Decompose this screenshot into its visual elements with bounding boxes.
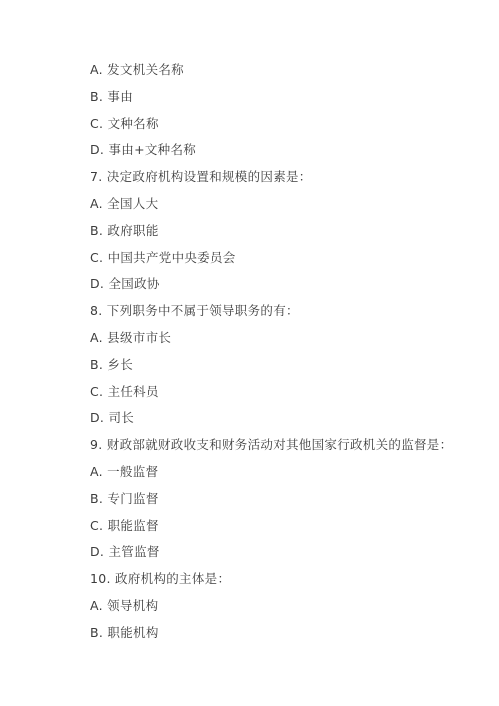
option-text: D. 主管监督 bbox=[90, 539, 479, 566]
question-text: 8. 下列职务中不属于领导职务的有： bbox=[90, 298, 479, 325]
question-text: 7. 决定政府机构设置和规模的因素是： bbox=[90, 164, 479, 191]
option-text: B. 职能机构 bbox=[90, 620, 479, 647]
document-page: A. 发文机关名称B. 事由C. 文种名称D. 事由+文种名称7. 决定政府机构… bbox=[0, 0, 499, 706]
option-text: B. 专门监督 bbox=[90, 486, 479, 513]
option-text: D. 全国政协 bbox=[90, 271, 479, 298]
option-text: A. 发文机关名称 bbox=[90, 57, 479, 84]
option-text: C. 主任科员 bbox=[90, 379, 479, 406]
option-text: B. 乡长 bbox=[90, 352, 479, 379]
option-text: A. 县级市市长 bbox=[90, 325, 479, 352]
option-text: D. 事由+文种名称 bbox=[90, 137, 479, 164]
option-text: D. 司长 bbox=[90, 405, 479, 432]
question-text: 10. 政府机构的主体是： bbox=[90, 566, 479, 593]
option-text: C. 文种名称 bbox=[90, 111, 479, 138]
option-text: A. 全国人大 bbox=[90, 191, 479, 218]
option-text: B. 事由 bbox=[90, 84, 479, 111]
option-text: A. 一般监督 bbox=[90, 459, 479, 486]
question-list: A. 发文机关名称B. 事由C. 文种名称D. 事由+文种名称7. 决定政府机构… bbox=[0, 0, 499, 647]
option-text: B. 政府职能 bbox=[90, 218, 479, 245]
option-text: C. 职能监督 bbox=[90, 513, 479, 540]
option-text: A. 领导机构 bbox=[90, 593, 479, 620]
option-text: C. 中国共产党中央委员会 bbox=[90, 245, 479, 272]
question-text: 9. 财政部就财政收支和财务活动对其他国家行政机关的监督是： bbox=[90, 432, 479, 459]
